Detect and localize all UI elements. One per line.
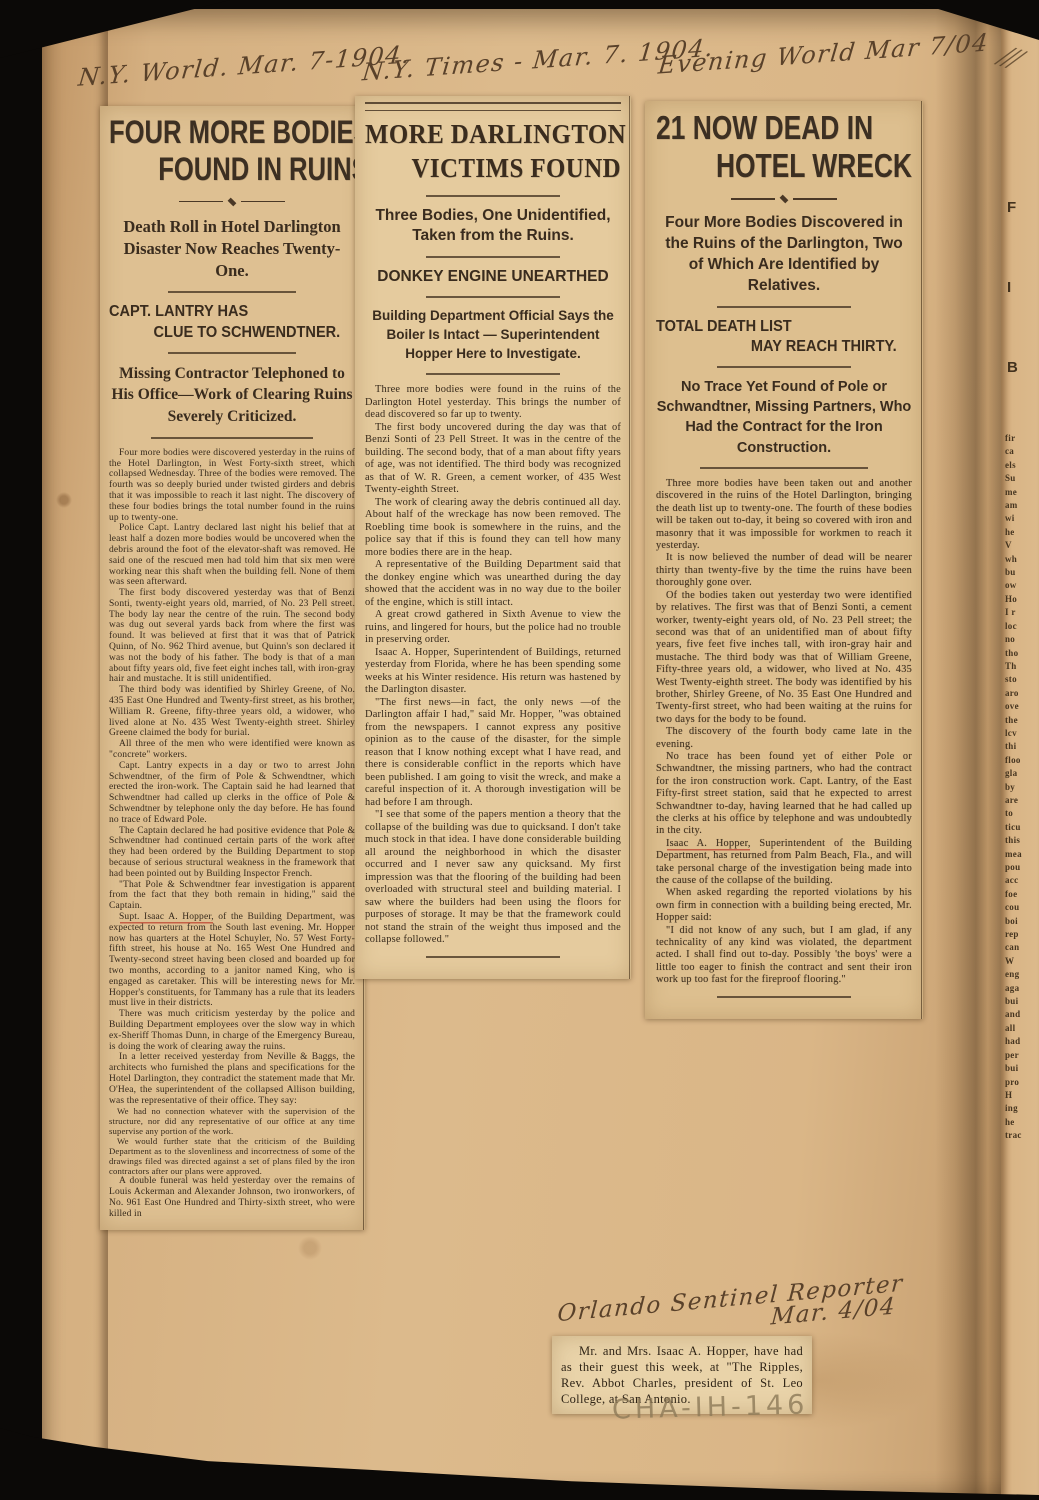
deck-line1: CAPT. LANTRY HAS	[109, 302, 340, 322]
deck-total-death-list: TOTAL DEATH LIST MAY REACH THIRTY.	[656, 317, 897, 357]
paragraph: Three more bodies have been taken out an…	[656, 478, 912, 552]
headline: 21 NOW DEAD IN HOTEL WRECK	[656, 109, 912, 185]
paragraph: Of the bodies taken out yesterday two we…	[656, 590, 912, 726]
headline-divider	[656, 195, 912, 203]
paragraph: The third body was identified by Shirley…	[109, 685, 355, 739]
red-underlined-name: Isaac A. Hopper,	[666, 838, 751, 849]
paragraph: The Captain declared he had positive evi…	[109, 826, 355, 880]
deck-death-roll: Death Roll in Hotel Darlington Disaster …	[109, 216, 355, 283]
paragraph: A great crowd gathered in Sixth Avenue t…	[365, 609, 621, 647]
deck-four-more-bodies: Four More Bodies Discovered in the Ruins…	[656, 213, 912, 297]
paragraph: The first body uncovered during the day …	[365, 422, 621, 497]
headline: MORE DARLINGTON VICTIMS FOUND	[365, 118, 621, 186]
rule	[168, 352, 296, 354]
torn-page-edges	[42, 10, 108, 1492]
headline-line2: FOUND IN RUINS.	[158, 151, 355, 188]
headline-divider	[109, 198, 355, 206]
quoted-letter: We had no connection whatever with the s…	[109, 1106, 355, 1176]
book-gutter-shadow	[935, 8, 1001, 1500]
deck-line1: TOTAL DEATH LIST	[656, 317, 897, 337]
headline-line2: HOTEL WRECK	[707, 147, 912, 185]
next-page-text-fragments: fir ca els Su me am wi he V wh bu ow Ho …	[1005, 432, 1022, 1143]
paragraph-hopper: Isaac A. Hopper, Superintendent of the B…	[656, 838, 912, 888]
paragraph: When asked regarding the reported violat…	[656, 887, 912, 924]
paragraph: All three of the men who were identified…	[109, 739, 355, 761]
next-page-letter-fragments: F I B	[1007, 168, 1018, 408]
rule	[426, 373, 559, 375]
paragraph: Capt. Lantry expects in a day or two to …	[109, 761, 355, 826]
deck-capt-lantry: CAPT. LANTRY HAS CLUE TO SCHWENDTNER.	[109, 302, 340, 342]
headline-line1: FOUR MORE BODIES	[109, 114, 306, 151]
paragraph: "The first news—in fact, the only news —…	[365, 697, 621, 810]
article-body: Three more bodies were found in the ruin…	[365, 384, 621, 947]
rule	[426, 256, 559, 258]
article-body: Four more bodies were discovered yesterd…	[109, 448, 355, 1220]
paragraph: In a letter received yesterday from Nevi…	[109, 1052, 355, 1106]
headline-line2: VICTIMS FOUND	[385, 152, 621, 186]
paragraph: The discovery of the fourth body came la…	[656, 726, 912, 751]
end-rule	[426, 956, 559, 958]
double-rule	[365, 102, 621, 111]
paragraph: There was much criticism yesterday by th…	[109, 1009, 355, 1052]
deck-line2: MAY REACH THIRTY.	[656, 337, 897, 357]
rule	[168, 291, 296, 293]
paragraph: A double funeral was held yesterday over…	[109, 1176, 355, 1219]
headline-line1: MORE DARLINGTON	[365, 118, 601, 152]
clipping-evening-world: 21 NOW DEAD IN HOTEL WRECK Four More Bod…	[645, 101, 923, 1019]
column-rule	[921, 101, 922, 1019]
paragraph: A representative of the Building Departm…	[365, 559, 621, 609]
paragraph: "That Pole & Schwendtner fear investigat…	[109, 880, 355, 912]
rule	[151, 437, 313, 439]
rule	[717, 306, 850, 308]
column-rule	[629, 96, 630, 979]
paragraph: The work of clearing away the debris con…	[365, 497, 621, 560]
paragraph-hopper: Supt. Isaac A. Hopper, of the Building D…	[109, 912, 355, 1009]
deck-missing-contractor: Missing Contractor Telephoned to His Off…	[109, 363, 355, 428]
paragraph: It is now believed the number of dead wi…	[656, 552, 912, 589]
paragraph-text: of the Building Department, was expected…	[109, 912, 355, 1008]
rule	[717, 366, 850, 368]
paragraph: Four more bodies were discovered yesterd…	[109, 448, 355, 524]
deck-donkey-engine: DONKEY ENGINE UNEARTHED	[365, 267, 621, 287]
deck-line2: CLUE TO SCHWENDTNER.	[109, 323, 340, 343]
article-body: Three more bodies have been taken out an…	[656, 478, 912, 987]
rule	[426, 195, 559, 197]
end-rule	[717, 996, 850, 998]
headline-line1: 21 NOW DEAD IN	[656, 109, 861, 147]
deck-boiler-intact: Building Department Official Says the Bo…	[365, 307, 621, 364]
catalog-code: CHA-IH-146	[612, 1389, 809, 1425]
deck-three-bodies: Three Bodies, One Unidentified, Taken fr…	[365, 206, 621, 248]
deck-no-trace: No Trace Yet Found of Pole or Schwandtne…	[656, 377, 912, 458]
headline: FOUR MORE BODIES FOUND IN RUINS.	[109, 114, 355, 188]
paragraph-small: We had no connection whatever with the s…	[109, 1106, 355, 1136]
red-underlined-name: Supt. Isaac A. Hopper,	[119, 912, 214, 922]
rule	[700, 467, 869, 469]
paragraph: No trace has been found yet of either Po…	[656, 751, 912, 838]
paragraph: The first body discovered yesterday was …	[109, 588, 355, 685]
rule	[426, 296, 559, 298]
paragraph: Three more bodies were found in the ruin…	[365, 384, 621, 422]
paragraph: Isaac A. Hopper, Superintendent of Build…	[365, 647, 621, 697]
paragraph: "I see that some of the papers mention a…	[365, 809, 621, 947]
paragraph-small: We would further state that the criticis…	[109, 1136, 355, 1176]
clipping-ny-world: FOUR MORE BODIES FOUND IN RUINS. Death R…	[100, 106, 365, 1230]
paragraph: Police Capt. Lantry declared last night …	[109, 523, 355, 588]
paragraph: "I did not know of any such, but I am gl…	[656, 925, 912, 987]
clipping-ny-times: MORE DARLINGTON VICTIMS FOUND Three Bodi…	[355, 96, 631, 979]
